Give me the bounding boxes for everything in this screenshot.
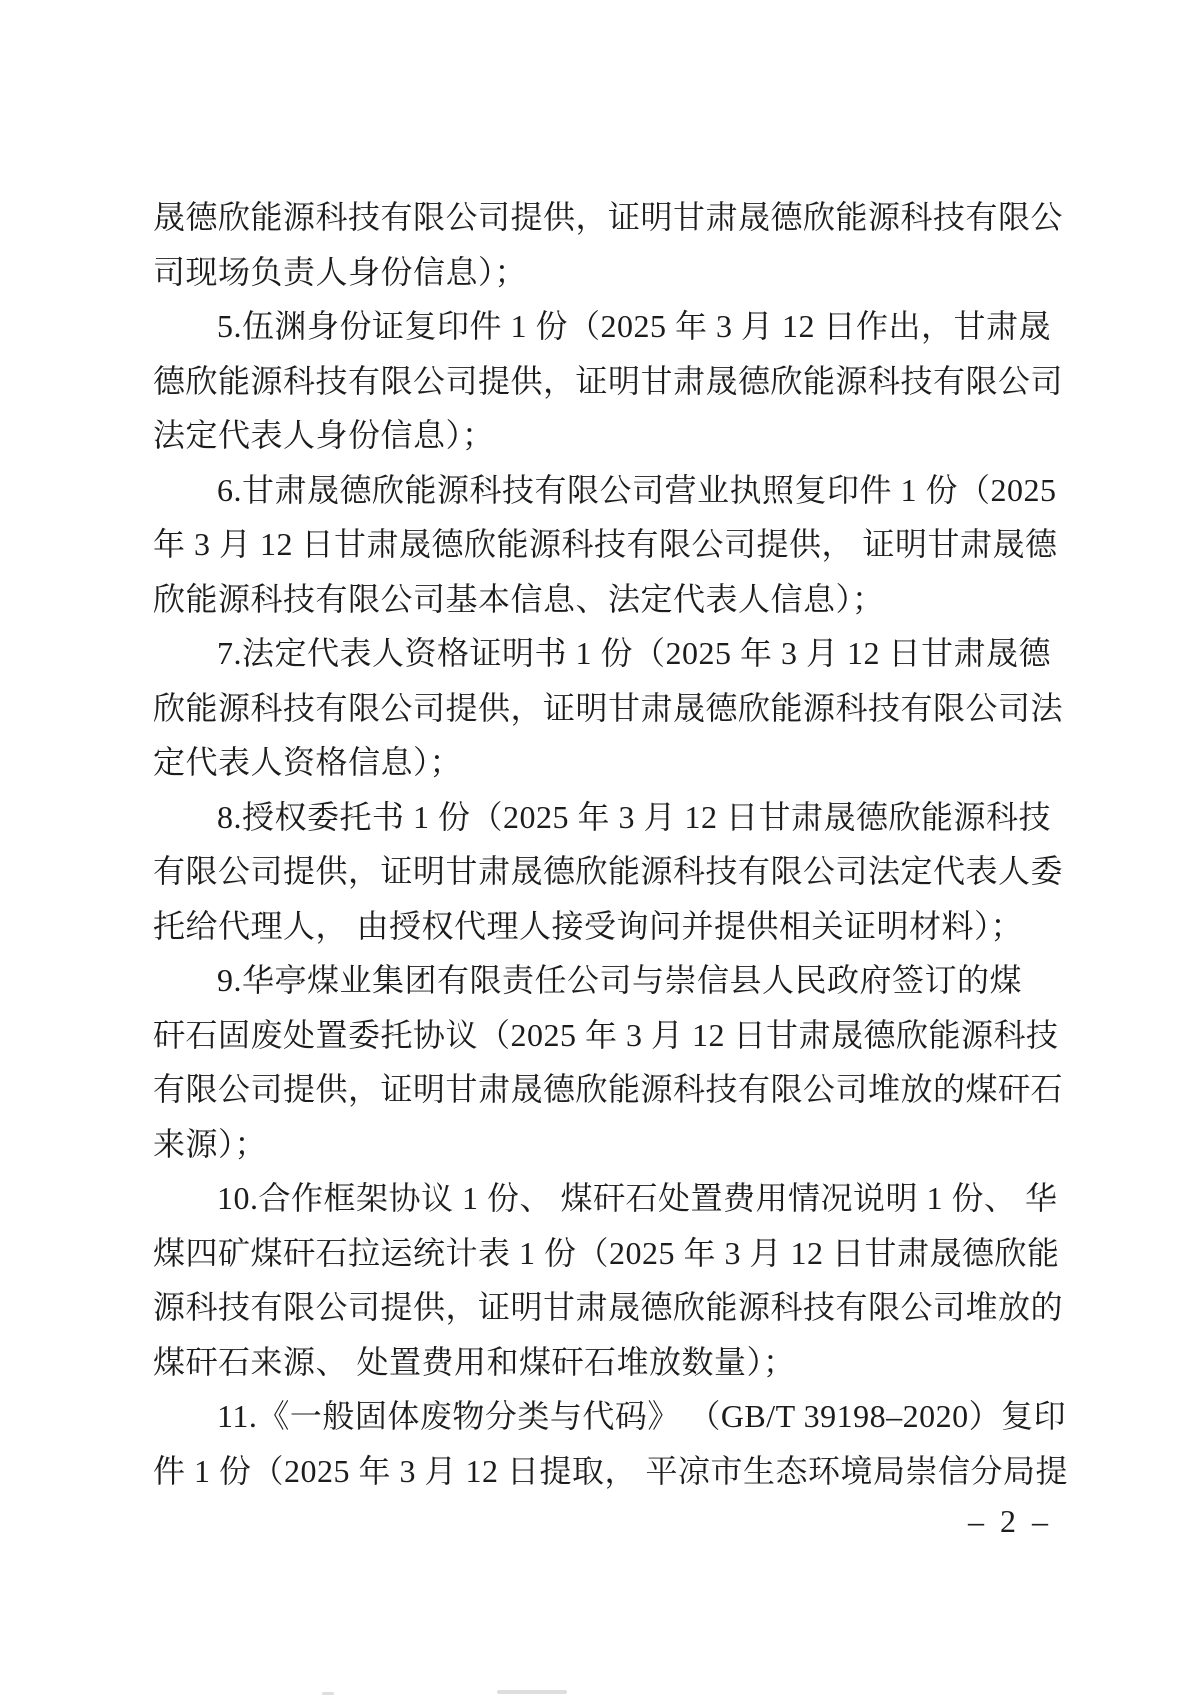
text-line: 矸石固废处置委托协议（2025 年 3 月 12 日甘肃晟德欣能源科技 bbox=[153, 1008, 1053, 1063]
paragraph-item-8: 8.授权委托书 1 份（2025 年 3 月 12 日甘肃晟德欣能源科技有限公司… bbox=[153, 790, 1053, 954]
text-line: 欣能源科技有限公司基本信息、法定代表人信息）； bbox=[153, 572, 1053, 627]
text-line: 定代表人资格信息）； bbox=[153, 735, 1053, 790]
scan-artifact bbox=[497, 1690, 567, 1694]
paragraph-item-11: 11.《一般固体废物分类与代码》 （GB/T 39198–2020）复印件 1 … bbox=[153, 1389, 1053, 1498]
text-line: 源科技有限公司提供，证明甘肃晟德欣能源科技有限公司堆放的 bbox=[153, 1280, 1053, 1335]
text-line: 件 1 份（2025 年 3 月 12 日提取， 平凉市生态环境局崇信分局提 bbox=[153, 1444, 1053, 1499]
text-line: 法定代表人身份信息）； bbox=[153, 408, 1053, 463]
text-line: 煤四矿煤矸石拉运统计表 1 份（2025 年 3 月 12 日甘肃晟德欣能 bbox=[153, 1226, 1053, 1281]
text-line: 煤矸石来源、 处置费用和煤矸石堆放数量）； bbox=[153, 1335, 1053, 1390]
scan-artifact bbox=[322, 1692, 334, 1695]
paragraph-item-7: 7.法定代表人资格证明书 1 份（2025 年 3 月 12 日甘肃晟德欣能源科… bbox=[153, 626, 1053, 790]
text-line: 6.甘肃晟德欣能源科技有限公司营业执照复印件 1 份（2025 bbox=[153, 463, 1053, 518]
text-line: 8.授权委托书 1 份（2025 年 3 月 12 日甘肃晟德欣能源科技 bbox=[153, 790, 1053, 845]
paragraph-item-4-continuation: 晟德欣能源科技有限公司提供，证明甘肃晟德欣能源科技有限公司现场负责人身份信息）； bbox=[153, 190, 1053, 299]
paragraph-item-10: 10.合作框架协议 1 份、 煤矸石处置费用情况说明 1 份、 华煤四矿煤矸石拉… bbox=[153, 1171, 1053, 1389]
paragraph-item-5: 5.伍渊身份证复印件 1 份（2025 年 3 月 12 日作出，甘肃晟德欣能源… bbox=[153, 299, 1053, 463]
text-line: 有限公司提供，证明甘肃晟德欣能源科技有限公司堆放的煤矸石 bbox=[153, 1062, 1053, 1117]
document-page: 晟德欣能源科技有限公司提供，证明甘肃晟德欣能源科技有限公司现场负责人身份信息）；… bbox=[0, 0, 1200, 1697]
text-line: 10.合作框架协议 1 份、 煤矸石处置费用情况说明 1 份、 华 bbox=[153, 1171, 1053, 1226]
text-line: 5.伍渊身份证复印件 1 份（2025 年 3 月 12 日作出，甘肃晟 bbox=[153, 299, 1053, 354]
text-line: 司现场负责人身份信息）； bbox=[153, 245, 1053, 300]
text-line: 德欣能源科技有限公司提供，证明甘肃晟德欣能源科技有限公司 bbox=[153, 354, 1053, 409]
text-line: 7.法定代表人资格证明书 1 份（2025 年 3 月 12 日甘肃晟德 bbox=[153, 626, 1053, 681]
text-line: 晟德欣能源科技有限公司提供，证明甘肃晟德欣能源科技有限公 bbox=[153, 190, 1053, 245]
document-body: 晟德欣能源科技有限公司提供，证明甘肃晟德欣能源科技有限公司现场负责人身份信息）；… bbox=[153, 190, 1053, 1498]
text-line: 9.华亭煤业集团有限责任公司与崇信县人民政府签订的煤 bbox=[153, 953, 1053, 1008]
paragraph-item-9: 9.华亭煤业集团有限责任公司与崇信县人民政府签订的煤矸石固废处置委托协议（202… bbox=[153, 953, 1053, 1171]
text-line: 托给代理人， 由授权代理人接受询问并提供相关证明材料）； bbox=[153, 899, 1053, 954]
page-number: – 2 – bbox=[968, 1502, 1052, 1540]
text-line: 11.《一般固体废物分类与代码》 （GB/T 39198–2020）复印 bbox=[153, 1389, 1053, 1444]
paragraph-item-6: 6.甘肃晟德欣能源科技有限公司营业执照复印件 1 份（2025年 3 月 12 … bbox=[153, 463, 1053, 627]
text-line: 有限公司提供，证明甘肃晟德欣能源科技有限公司法定代表人委 bbox=[153, 844, 1053, 899]
text-line: 年 3 月 12 日甘肃晟德欣能源科技有限公司提供， 证明甘肃晟德 bbox=[153, 517, 1053, 572]
text-line: 来源）； bbox=[153, 1117, 1053, 1172]
text-line: 欣能源科技有限公司提供，证明甘肃晟德欣能源科技有限公司法 bbox=[153, 681, 1053, 736]
